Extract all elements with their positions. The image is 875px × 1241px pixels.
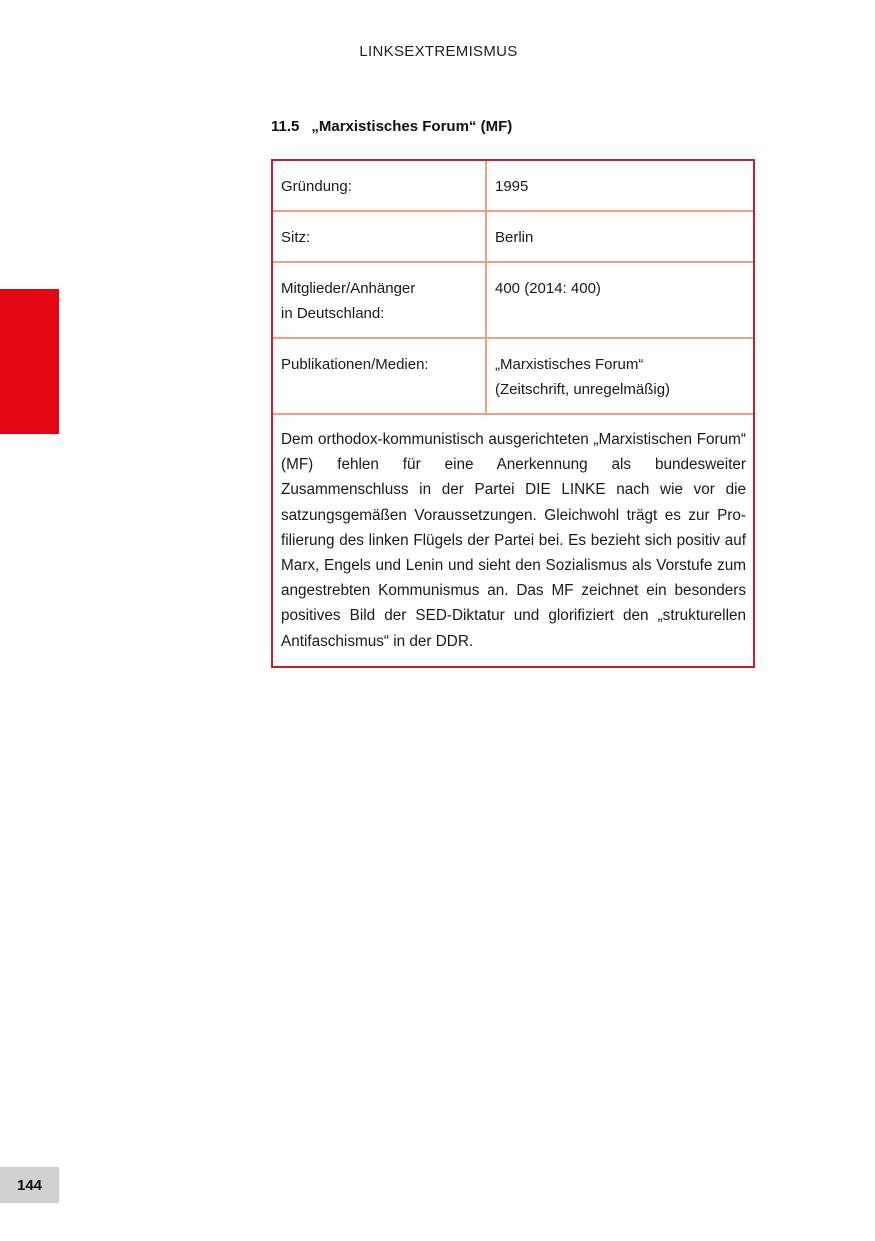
organization-facts-table: Gründung: 1995 Sitz: Berlin Mitglieder/A…: [273, 161, 753, 415]
table-row: Sitz: Berlin: [273, 211, 753, 262]
section-number: 11.5: [271, 118, 299, 135]
page-number: 144: [0, 1167, 59, 1203]
organization-description: Dem orthodox-kommunistisch ausgerichtete…: [273, 415, 753, 666]
section-heading: „Marxistisches Forum“ (MF): [311, 118, 512, 135]
running-head: LINKSEXTREMISMUS: [0, 43, 875, 60]
members-value: 400 (2014: 400): [486, 262, 753, 338]
publications-label: Publikationen/Medien:: [273, 338, 486, 414]
founding-label: Gründung:: [273, 161, 486, 211]
publications-value: „Marxistisches Forum“(Zeitschrift, unreg…: [486, 338, 753, 414]
running-head-text: LINKSEXTREMISMUS: [359, 43, 517, 60]
organization-info-box: Gründung: 1995 Sitz: Berlin Mitglieder/A…: [271, 159, 755, 668]
chapter-color-tab: [0, 289, 59, 434]
table-row: Publikationen/Medien: „Marxistisches For…: [273, 338, 753, 414]
section-title: 11.5„Marxistisches Forum“ (MF): [271, 118, 512, 135]
seat-value: Berlin: [486, 211, 753, 262]
founding-value: 1995: [486, 161, 753, 211]
table-row: Gründung: 1995: [273, 161, 753, 211]
seat-label: Sitz:: [273, 211, 486, 262]
table-row: Mitglieder/Anhängerin Deutschland: 400 (…: [273, 262, 753, 338]
members-label: Mitglieder/Anhängerin Deutschland:: [273, 262, 486, 338]
